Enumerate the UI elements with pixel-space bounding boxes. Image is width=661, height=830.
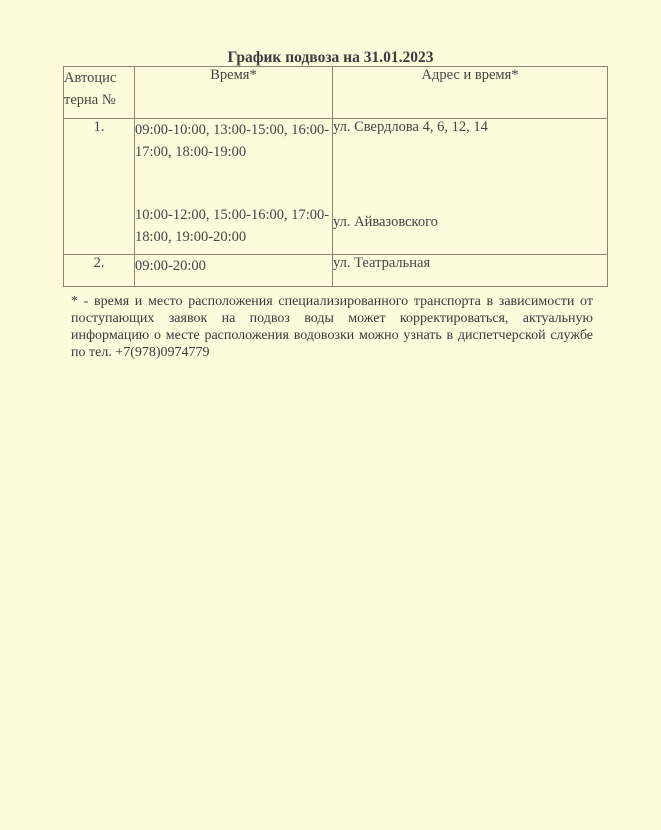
table-row: 2. 09:00-20:00 ул. Театральная bbox=[64, 255, 608, 287]
tank-number: 2. bbox=[64, 255, 135, 287]
document-title: График подвоза на 31.01.2023 bbox=[0, 49, 661, 67]
table-header-row: Автоцис терна № Время* Адрес и время* bbox=[64, 67, 608, 119]
tank-number: 1. bbox=[64, 119, 135, 255]
time-slots: 10:00-12:00, 15:00-16:00, 17:00-18:00, 1… bbox=[135, 204, 332, 248]
address: ул. Театральная bbox=[333, 255, 608, 287]
footnote: * - время и место расположения специализ… bbox=[71, 293, 593, 361]
time-cell: 09:00-10:00, 13:00-15:00, 16:00-17:00, 1… bbox=[135, 119, 333, 255]
schedule-table: Автоцис терна № Время* Адрес и время* 1.… bbox=[63, 66, 608, 287]
time-slots: 09:00-10:00, 13:00-15:00, 16:00-17:00, 1… bbox=[135, 119, 332, 163]
header-time: Время* bbox=[135, 67, 333, 119]
header-tank-number: Автоцис терна № bbox=[64, 67, 135, 119]
address: ул. Айвазовского bbox=[333, 214, 607, 231]
time-slots: 09:00-20:00 bbox=[135, 255, 333, 287]
header-address: Адрес и время* bbox=[333, 67, 608, 119]
address-cell: ул. Свердлова 4, 6, 12, 14 ул. Айвазовск… bbox=[333, 119, 608, 255]
table-row: 1. 09:00-10:00, 13:00-15:00, 16:00-17:00… bbox=[64, 119, 608, 255]
address: ул. Свердлова 4, 6, 12, 14 bbox=[333, 119, 607, 136]
